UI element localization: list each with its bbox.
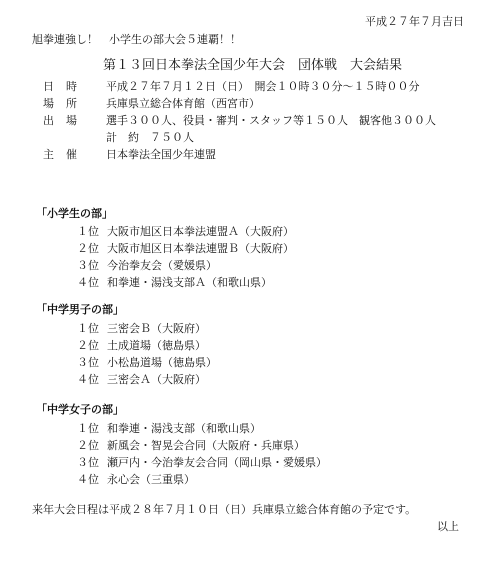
document-title: 第１３回日本拳法全国少年大会 団体戦 大会結果 (103, 54, 402, 73)
section-title: 「小学生の部」 (36, 205, 113, 221)
team: 永心会（三重県） (107, 471, 195, 487)
team: 小松島道場（徳島県） (107, 354, 217, 370)
headline: 旭拳連強し！ 小学生の部大会５連覇！！ (32, 31, 241, 47)
rank: １位 (77, 223, 99, 239)
rank: ４位 (77, 471, 99, 487)
rank: ４位 (77, 274, 99, 290)
info-label-datetime: 日時 (43, 78, 89, 94)
team: 三密会Ｂ（大阪府） (107, 320, 206, 336)
info-label-participants: 出場 (43, 112, 89, 128)
section-title: 「中学男子の部」 (36, 301, 124, 317)
info-label-venue: 場所 (43, 95, 89, 111)
rank: ３位 (77, 354, 99, 370)
rank: １位 (77, 320, 99, 336)
team: 新風会・智晃会合同（大阪府・兵庫県） (107, 437, 305, 453)
info-value-participants: 選手３００人、役員・審判・スタッフ等１５０人 観客他３００人 (106, 112, 436, 128)
team: 土成道場（徳島県） (107, 337, 206, 353)
team: 三密会Ａ（大阪府） (107, 371, 206, 387)
team: 今治拳友会（愛媛県） (107, 257, 217, 273)
rank: ２位 (77, 240, 99, 256)
closing-mark: 以上 (437, 518, 459, 534)
next-event-notice: 来年大会日程は平成２８年７月１０日（日）兵庫県立総合体育館の予定です。 (32, 501, 416, 517)
team: 大阪市旭区日本拳法連盟Ａ（大阪府） (107, 223, 294, 239)
info-label-organizer: 主催 (43, 146, 89, 162)
rank: ２位 (77, 437, 99, 453)
info-value-venue: 兵庫県立総合体育館（西宮市） (106, 95, 260, 111)
team: 和拳連・湯浅支部（和歌山県） (107, 420, 261, 436)
rank: ２位 (77, 337, 99, 353)
team: 瀬戸内・今治拳友会合同（岡山県・愛媛県） (107, 454, 327, 470)
rank: ３位 (77, 454, 99, 470)
info-value-datetime: 平成２７年７月１２日（日） 開会１０時３０分～１５時００分 (106, 78, 420, 94)
section-title: 「中学女子の部」 (36, 401, 124, 417)
team: 大阪市旭区日本拳法連盟Ｂ（大阪府） (107, 240, 294, 256)
info-value-organizer: 日本拳法全国少年連盟 (106, 146, 216, 162)
rank: １位 (77, 420, 99, 436)
rank: ３位 (77, 257, 99, 273)
rank: ４位 (77, 371, 99, 387)
team: 和拳連・湯浅支部Ａ（和歌山県） (107, 274, 272, 290)
info-value-total: 計 約 ７５０人 (106, 129, 194, 145)
document-date: 平成２７年７月吉日 (365, 13, 464, 29)
